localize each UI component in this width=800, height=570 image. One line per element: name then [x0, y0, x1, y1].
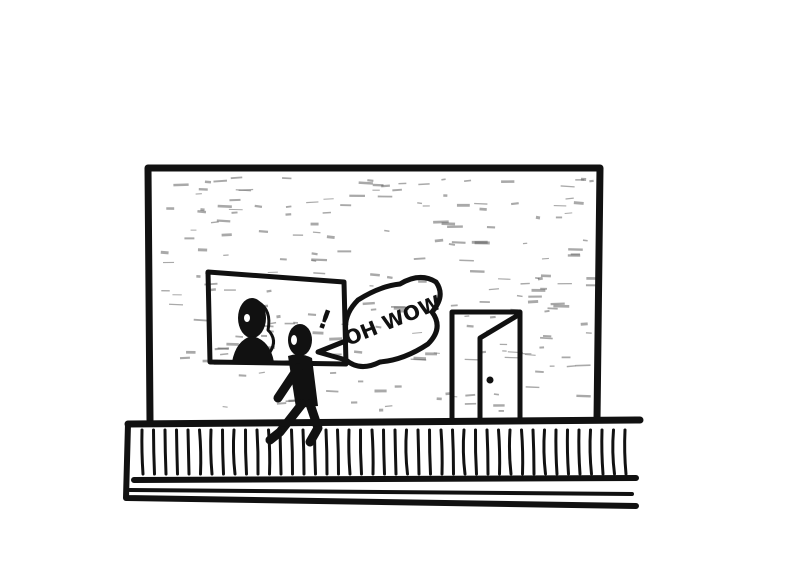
- portrait-silhouette: [232, 298, 274, 362]
- sketch-canvas: OH WOW !: [0, 0, 800, 570]
- open-door: [452, 312, 520, 420]
- door-knob: [487, 377, 494, 384]
- wall-texture: [161, 177, 602, 411]
- exclamation-mark: !: [314, 304, 335, 336]
- balcony-railing: [126, 420, 640, 506]
